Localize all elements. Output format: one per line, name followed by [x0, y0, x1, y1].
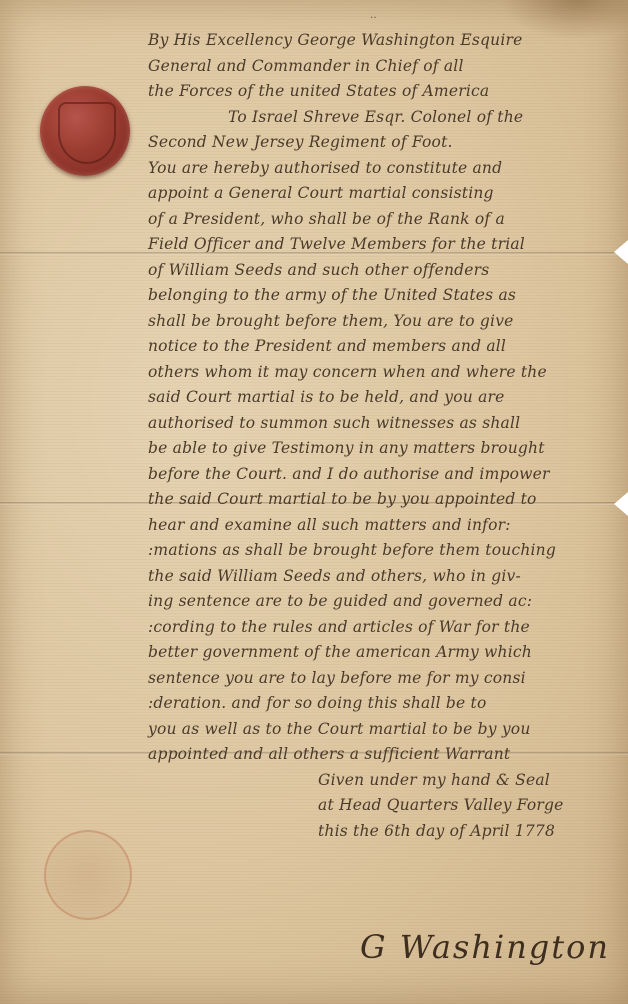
- body-line: others whom it may concern when and wher…: [148, 360, 618, 386]
- ink-mark: ‥: [370, 10, 377, 21]
- body-line: You are hereby authorised to constitute …: [148, 156, 618, 182]
- body-line: the said William Seeds and others, who i…: [148, 564, 618, 590]
- body-line: appoint a General Court martial consisti…: [148, 181, 618, 207]
- body-line: you as well as to the Court martial to b…: [148, 717, 618, 743]
- body-line: of a President, who shall be of the Rank…: [148, 207, 618, 233]
- body-line: :cording to the rules and articles of Wa…: [148, 615, 618, 641]
- wax-seal-icon: [40, 86, 130, 176]
- body-line: sentence you are to lay before me for my…: [148, 666, 618, 692]
- body-line: ing sentence are to be guided and govern…: [148, 589, 618, 615]
- signature: G Washington: [360, 928, 610, 966]
- body-line: authorised to summon such witnesses as s…: [148, 411, 618, 437]
- body-line: before the Court. and I do authorise and…: [148, 462, 618, 488]
- body-line: said Court martial is to be held, and yo…: [148, 385, 618, 411]
- addressee-line: To Israel Shreve Esqr. Colonel of the: [148, 105, 618, 131]
- closing-line: this the 6th day of April 1778: [148, 819, 618, 845]
- document-page: ‥ By His Excellency George Washington Es…: [0, 0, 628, 1004]
- manuscript-text: By His Excellency George Washington Esqu…: [148, 28, 618, 844]
- body-line: of William Seeds and such other offender…: [148, 258, 618, 284]
- header-line: the Forces of the united States of Ameri…: [148, 79, 618, 105]
- closing-line: Given under my hand & Seal: [148, 768, 618, 794]
- seal-shield: [58, 102, 116, 164]
- body-line: belonging to the army of the United Stat…: [148, 283, 618, 309]
- addressee-line: Second New Jersey Regiment of Foot.: [148, 130, 618, 156]
- body-line: :mations as shall be brought before them…: [148, 538, 618, 564]
- body-line: shall be brought before them, You are to…: [148, 309, 618, 335]
- body-line: :deration. and for so doing this shall b…: [148, 691, 618, 717]
- body-line: Field Officer and Twelve Members for the…: [148, 232, 618, 258]
- header-line: General and Commander in Chief of all: [148, 54, 618, 80]
- body-line: be able to give Testimony in any matters…: [148, 436, 618, 462]
- body-line: hear and examine all such matters and in…: [148, 513, 618, 539]
- wax-stain: [44, 830, 132, 920]
- body-line: the said Court martial to be by you appo…: [148, 487, 618, 513]
- body-line: notice to the President and members and …: [148, 334, 618, 360]
- closing-line: at Head Quarters Valley Forge: [148, 793, 618, 819]
- body-line: appointed and all others a sufficient Wa…: [148, 742, 618, 768]
- body-line: better government of the american Army w…: [148, 640, 618, 666]
- header-line: By His Excellency George Washington Esqu…: [148, 28, 618, 54]
